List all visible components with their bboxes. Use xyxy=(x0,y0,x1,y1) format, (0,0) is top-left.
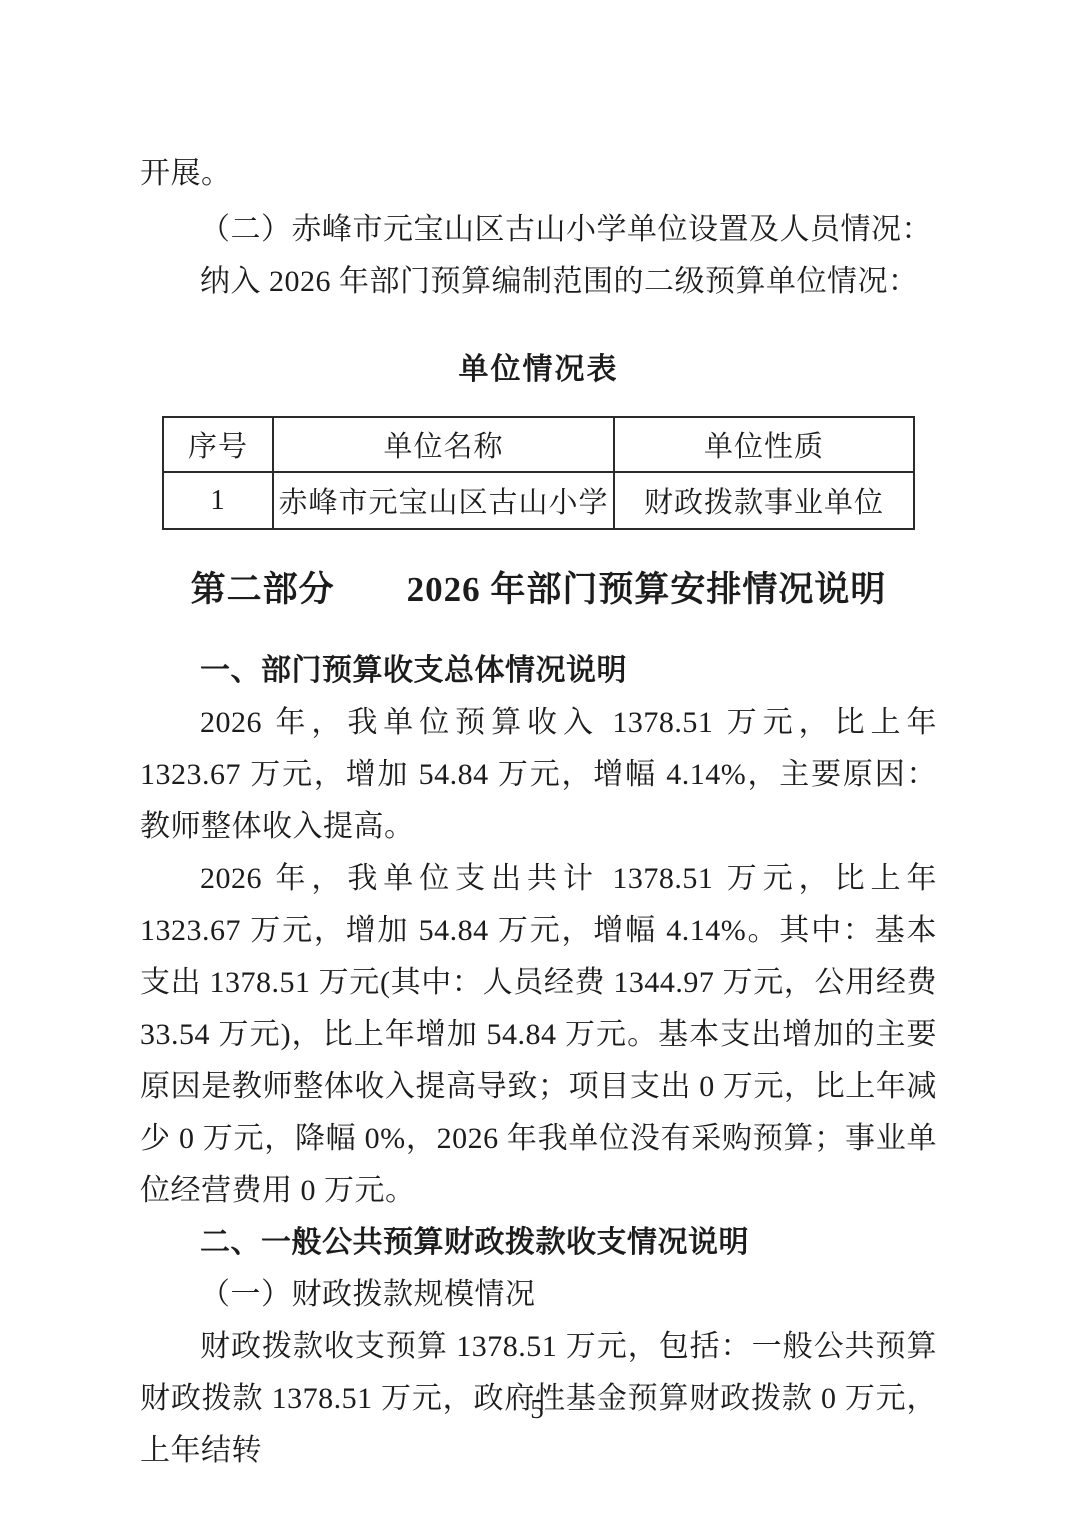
table-header-row: 序号 单位名称 单位性质 xyxy=(163,417,914,472)
unit-info-table: 序号 单位名称 单位性质 1 赤峰市元宝山区古山小学 财政拨款事业单位 xyxy=(162,416,915,530)
page-number: 5 xyxy=(0,1392,1074,1426)
table-cell-unit-nature: 财政拨款事业单位 xyxy=(614,472,914,529)
table-cell-seq: 1 xyxy=(163,472,273,529)
subsection-heading-unit-setup: （二）赤峰市元宝山区古山小学单位设置及人员情况： xyxy=(140,204,937,256)
table-header-unit-name: 单位名称 xyxy=(273,417,614,472)
section-two-heading: 二、一般公共预算财政拨款收支情况说明 xyxy=(140,1217,937,1269)
paragraph-budget-expenditure: 2026 年，我单位支出共计 1378.51 万元，比上年 1323.67 万元… xyxy=(140,853,937,1217)
paragraph-continuation: 开展。 xyxy=(140,148,937,200)
table-header-unit-nature: 单位性质 xyxy=(614,417,914,472)
unit-table-title: 单位情况表 xyxy=(140,350,937,390)
paragraph-scope-intro: 纳入 2026 年部门预算编制范围的二级预算单位情况： xyxy=(140,256,937,308)
table-cell-unit-name: 赤峰市元宝山区古山小学 xyxy=(273,472,614,529)
table-row: 1 赤峰市元宝山区古山小学 财政拨款事业单位 xyxy=(163,472,914,529)
table-header-seq: 序号 xyxy=(163,417,273,472)
subsection-heading-appropriation-scale: （一）财政拨款规模情况 xyxy=(140,1269,937,1321)
part-two-heading: 第二部分 2026 年部门预算安排情况说明 xyxy=(140,566,937,614)
section-one-heading: 一、部门预算收支总体情况说明 xyxy=(140,645,937,697)
document-page: 开展。 （二）赤峰市元宝山区古山小学单位设置及人员情况： 纳入 2026 年部门… xyxy=(0,0,1074,1520)
paragraph-budget-income: 2026 年，我单位预算收入 1378.51 万元，比上年 1323.67 万元… xyxy=(140,697,937,853)
